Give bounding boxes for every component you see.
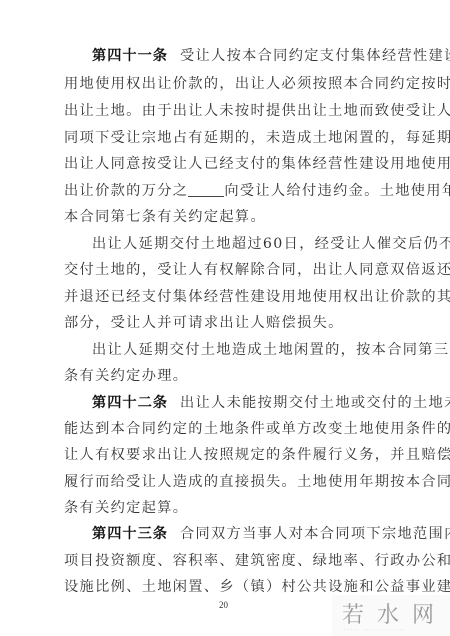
page-number: 20	[219, 600, 228, 610]
text-line: 能达到本合同约定的土地条件或单方改变土地使用条件的，受	[64, 417, 394, 441]
watermark-subtext: ····· ······ ······	[344, 627, 406, 632]
article-42-line-1: 第四十二条出让人未能按期交付土地或交付的土地未	[64, 391, 394, 415]
watermark-text: 若水网	[342, 598, 447, 629]
text-line: 交付土地的，受让人有权解除合同，出让人同意双倍返还定金，	[64, 258, 394, 282]
text-line: 部分，受让人并可请求出让人赔偿损失。	[64, 311, 394, 335]
text-line: 条有关约定办理。	[64, 364, 394, 388]
text-line: 本合同第七条有关约定起算。	[64, 205, 394, 229]
text-line: 出让土地。由于出让人未按时提供出让土地而致使受让人本合	[64, 99, 394, 123]
text-line: 并退还已经支付集体经营性建设用地使用权出让价款的其余	[64, 285, 394, 309]
text-line: 出让人延期交付土地造成土地闲置的，按本合同第三十五	[64, 338, 394, 362]
text-line: 出让人延期交付土地超过60日，经受让人催交后仍不能	[64, 232, 394, 256]
article-42-heading: 第四十二条	[92, 395, 168, 411]
text-line: 让人有权要求出让人按照规定的条件履行义务，并且赔偿延误	[64, 443, 394, 467]
text-line: 条有关约定起算。	[64, 496, 394, 520]
article-41-heading: 第四十一条	[92, 48, 168, 64]
text-line: 用地使用权出让价款的，出让人必须按照本合同约定按时交付	[64, 72, 394, 96]
fill-in-blank	[188, 182, 224, 197]
text-line: 履行而给受让人造成的直接损失。土地使用年期按本合同第七	[64, 470, 394, 494]
article-43-line-1: 第四十三条合同双方当事人对本合同项下宗地范围内	[64, 522, 394, 546]
article-43-heading: 第四十三条	[92, 526, 168, 542]
text-line: 出让人同意按受让人已经支付的集体经营性建设用地使用权	[64, 152, 394, 176]
watermark-logo: 若水网 ····· ······ ······	[332, 595, 450, 636]
text-line: 同项下受让宗地占有延期的，未造成土地闲置的，每延期一日，	[64, 126, 394, 150]
text-line: 项目投资额度、容积率、建筑密度、绿地率、行政办公和服务	[64, 549, 394, 573]
text-line: 出让价款的万分之向受让人给付违约金。土地使用年期按	[64, 179, 394, 203]
article-41-line-1: 第四十一条受让人按本合同约定支付集体经营性建设	[64, 44, 394, 68]
